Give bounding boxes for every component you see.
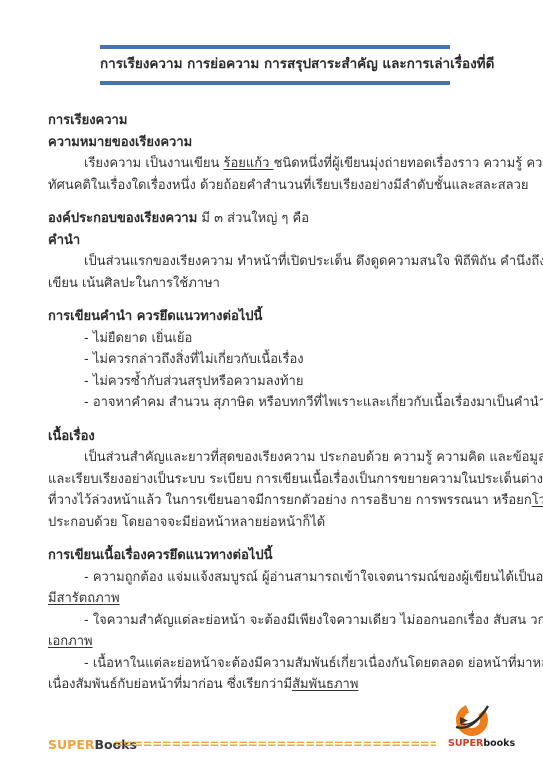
text-segment: เนื่องสัมพันธ์กับย่อหน้าที่มาก่อน ซึ่งเร… — [48, 677, 292, 692]
footer-separator: ========================================… — [114, 737, 436, 752]
underlined-term: ร้อยแก้ว — [223, 156, 273, 171]
footer-brand-right-books: books — [483, 738, 515, 749]
text-segment: - ไม่ควรซ้ำกับส่วนสรุปหรือความลงท้าย — [84, 374, 303, 389]
text-segment: องค์ประกอบของเรียงความ — [48, 211, 197, 226]
text-segment: การเขียนเนื้อเรื่องควรยึดแนวทางต่อไปนี้ — [48, 548, 272, 563]
text-segment: การเรียงความ — [48, 113, 127, 128]
header-rule-top — [100, 45, 450, 49]
text-segment: เป็นส่วนแรกของเรียงความ ทำหน้าที่เปิดประ… — [84, 254, 543, 269]
underlined-term: เอกภาพ — [48, 634, 93, 649]
text-line: - เนื้อหาในแต่ละย่อหน้าจะต้องมีความสัมพั… — [48, 653, 508, 675]
heading-line: การเขียนเนื้อเรื่องควรยึดแนวทางต่อไปนี้ — [48, 545, 508, 567]
heading-line: การเขียนคำนำ ควรยึดแนวทางต่อไปนี้ — [48, 306, 508, 328]
text-line: - อาจหาคำคม สำนวน สุภาษิต หรือบทกวีที่ไพ… — [48, 392, 508, 414]
text-line: - ไม่ควรซ้ำกับส่วนสรุปหรือความลงท้าย — [48, 371, 508, 393]
text-line: ทัศนคติในเรื่องใดเรื่องหนึ่ง ด้วยถ้อยคำส… — [48, 175, 508, 197]
document-body: การเรียงความความหมายของเรียงความเรียงควา… — [48, 110, 508, 696]
text-line: เอกภาพ — [48, 631, 508, 653]
underlined-term: สัมพันธภาพ — [292, 677, 358, 692]
text-line: เป็นส่วนสำคัญและยาวที่สุดของเรียงความ ปร… — [48, 447, 508, 469]
text-line: - ความถูกต้อง แจ่มแจ้งสมบูรณ์ ผู้อ่านสาม… — [48, 567, 508, 589]
text-segment: และเรียบเรียงอย่างเป็นระบบ ระเบียบ การเข… — [48, 472, 543, 487]
text-segment: ทัศนคติในเรื่องใดเรื่องหนึ่ง ด้วยถ้อยคำส… — [48, 178, 529, 193]
text-segment: เรียงความ เป็นงานเขียน — [84, 156, 223, 171]
text-line: เรียงความ เป็นงานเขียน ร้อยแก้ว ชนิดหนึ่… — [48, 153, 508, 175]
document-page: การเรียงความ การย่อความ การสรุปสาระสำคัญ… — [0, 0, 543, 781]
text-segment: - อาจหาคำคม สำนวน สุภาษิต หรือบทกวีที่ไพ… — [84, 395, 543, 410]
text-segment: มี ๓ ส่วนใหญ่ ๆ คือ — [197, 211, 309, 226]
header-rule-bottom — [100, 81, 450, 85]
text-segment: เนื้อเรื่อง — [48, 429, 95, 444]
text-line: เนื่องสัมพันธ์กับย่อหน้าที่มาก่อน ซึ่งเร… — [48, 674, 508, 696]
footer-brand-right-super: SUPER — [448, 738, 483, 749]
text-segment: - ความถูกต้อง แจ่มแจ้งสมบูรณ์ ผู้อ่านสาม… — [84, 570, 543, 585]
text-segment: เขียน เน้นศิลปะในการใช้ภาษา — [48, 276, 220, 291]
text-line: - ใจความสำคัญแต่ละย่อหน้า จะต้องมีเพียงใ… — [48, 610, 508, 632]
page-title: การเรียงความ การย่อความ การสรุปสาระสำคัญ… — [100, 52, 450, 74]
heading-line: องค์ประกอบของเรียงความ มี ๓ ส่วนใหญ่ ๆ ค… — [48, 208, 508, 230]
underlined-term: มีสารัตถภาพ — [48, 591, 120, 606]
text-line: มีสารัตถภาพ — [48, 588, 508, 610]
text-line: เป็นส่วนแรกของเรียงความ ทำหน้าที่เปิดประ… — [48, 251, 508, 273]
text-segment: ชนิดหนึ่งที่ผู้เขียนมุ่งถ่ายทอดเรื่องราว… — [274, 156, 543, 171]
text-segment: การเขียนคำนำ ควรยึดแนวทางต่อไปนี้ — [48, 309, 262, 324]
text-line: ประกอบด้วย โดยอาจจะมีย่อหน้าหลายย่อหน้าก… — [48, 512, 508, 534]
text-segment: ประกอบด้วย โดยอาจจะมีย่อหน้าหลายย่อหน้าก… — [48, 515, 325, 530]
text-line: และเรียบเรียงอย่างเป็นระบบ ระเบียบ การเข… — [48, 469, 508, 491]
text-segment: เป็นส่วนสำคัญและยาวที่สุดของเรียงความ ปร… — [84, 450, 543, 465]
text-segment: - เนื้อหาในแต่ละย่อหน้าจะต้องมีความสัมพั… — [84, 656, 543, 671]
text-segment: - ไม่ควรกล่าวถึงสิ่งที่ไม่เกี่ยวกับเนื้อ… — [84, 352, 304, 367]
text-line: เขียน เน้นศิลปะในการใช้ภาษา — [48, 273, 508, 295]
superbooks-logo-icon — [454, 702, 490, 738]
text-segment: คำนำ — [48, 233, 80, 248]
underlined-term: โวหาร — [532, 493, 543, 508]
text-line: ที่วางไว้ล่วงหน้าแล้ว ในการเขียนอาจมีการ… — [48, 490, 508, 512]
text-line: - ไม่ควรกล่าวถึงสิ่งที่ไม่เกี่ยวกับเนื้อ… — [48, 349, 508, 371]
text-segment: - ไม่ยืดยาด เยิ่นเย้อ — [84, 331, 192, 346]
text-segment: - ใจความสำคัญแต่ละย่อหน้า จะต้องมีเพียงใ… — [84, 613, 543, 628]
heading-line: การเรียงความ — [48, 110, 508, 132]
footer-brand-right: SUPERbooks — [448, 738, 504, 749]
text-line: - ไม่ยืดยาด เยิ่นเย้อ — [48, 328, 508, 350]
footer-brand-left-super: SUPER — [48, 737, 94, 752]
text-segment: ที่วางไว้ล่วงหน้าแล้ว ในการเขียนอาจมีการ… — [48, 493, 532, 508]
heading-line: คำนำ — [48, 230, 508, 252]
heading-line: ความหมายของเรียงความ — [48, 132, 508, 154]
heading-line: เนื้อเรื่อง — [48, 426, 508, 448]
text-segment: ความหมายของเรียงความ — [48, 135, 192, 150]
